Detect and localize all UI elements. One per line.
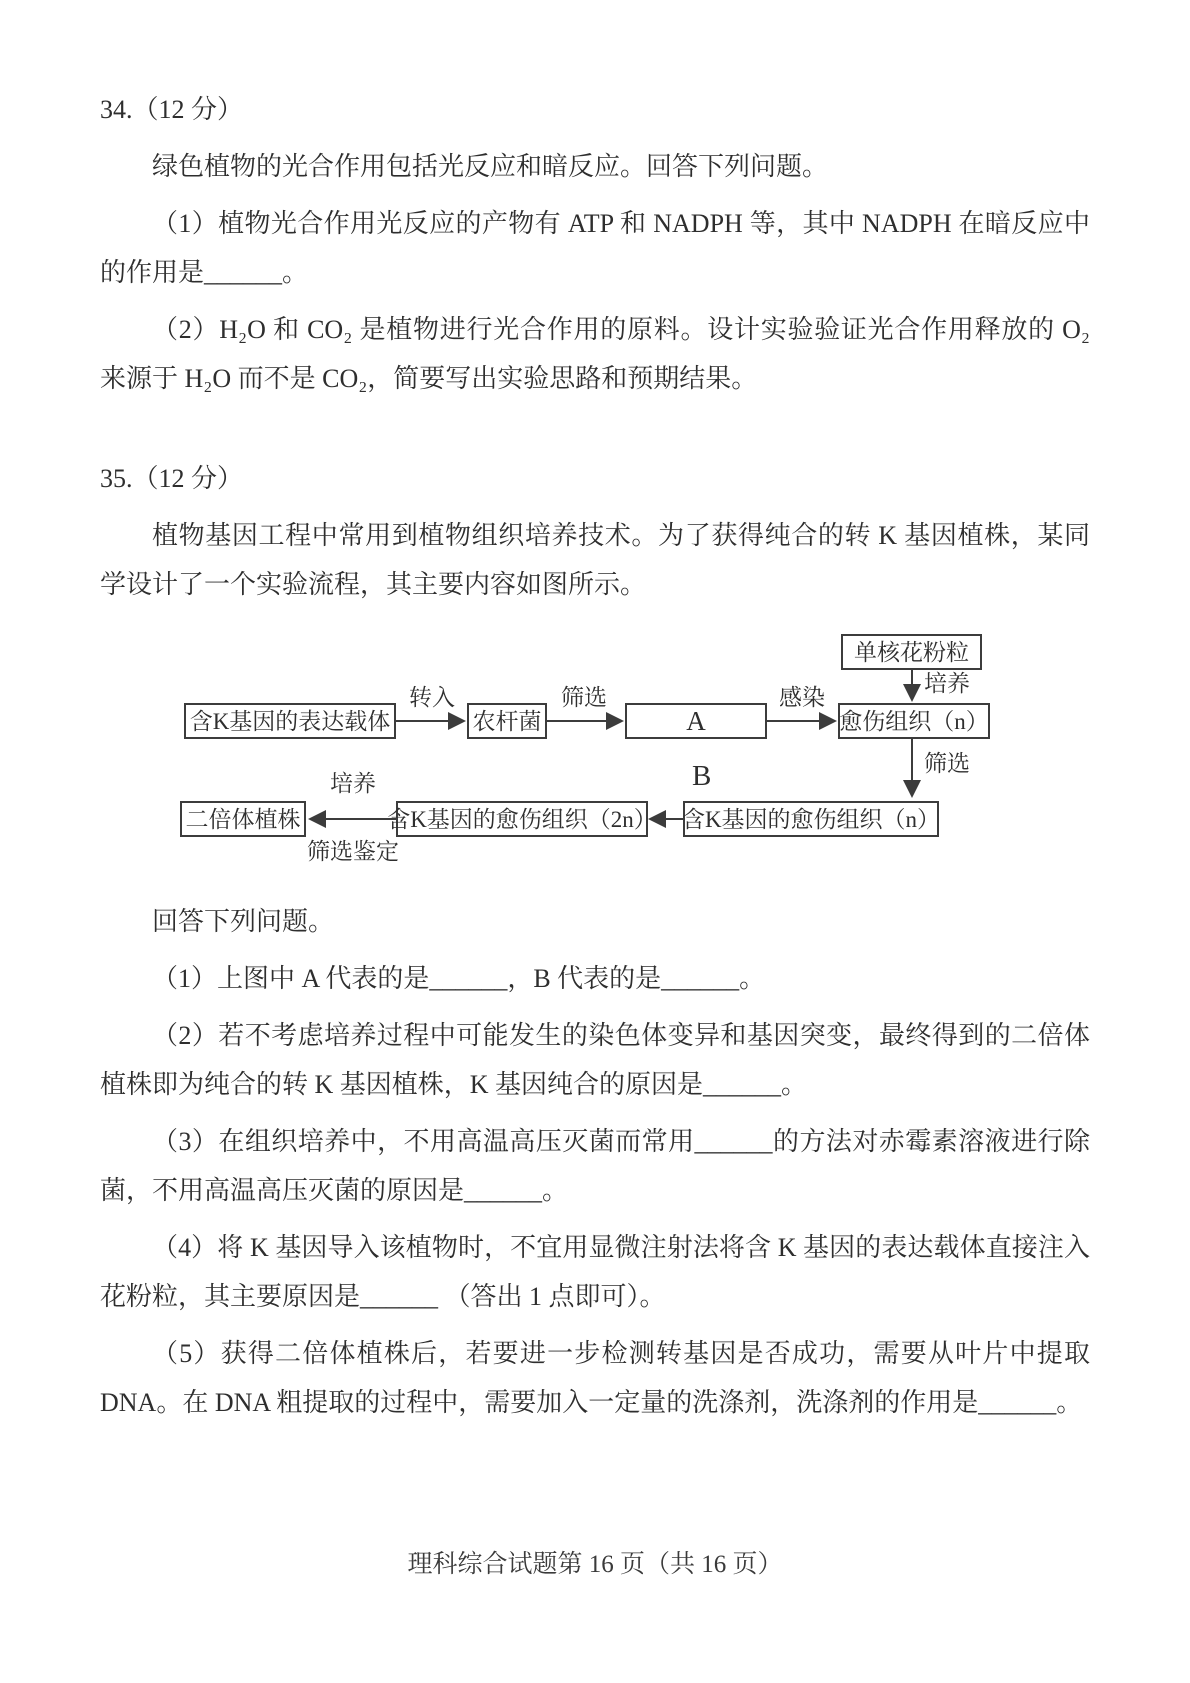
diagram-label-screen-2: 筛选 — [924, 751, 970, 777]
diagram-box-agrobacterium: 农杆菌 — [467, 703, 547, 739]
question-35-number: 35.（12 分） — [100, 457, 1090, 501]
diagram-label-infect: 感染 — [770, 685, 834, 711]
page-footer: 理科综合试题第 16 页（共 16 页） — [0, 1544, 1190, 1580]
question-34-item-1: （1）植物光合作用光反应的产物有 ATP 和 NADPH 等，其中 NADPH … — [100, 199, 1090, 297]
diagram-label-screen-1: 筛选 — [553, 685, 615, 711]
diagram-box-callus-k-n: 含K基因的愈伤组织（n） — [683, 801, 939, 837]
diagram-label-b: B — [692, 763, 711, 789]
diagram-box-diploid: 二倍体植株 — [180, 801, 306, 837]
question-35-item-5: （5）获得二倍体植株后，若要进一步检测转基因是否成功，需要从叶片中提取 DNA。… — [100, 1329, 1090, 1427]
diagram-box-callus-n: 愈伤组织（n） — [838, 703, 990, 739]
diagram-box-callus-k-2n: 含K基因的愈伤组织（2n） — [396, 801, 648, 837]
diagram-label-transfer: 转入 — [401, 685, 463, 711]
diagram-box-vector: 含K基因的表达载体 — [184, 703, 396, 739]
diagram-label-screen-identify: 筛选鉴定 — [298, 839, 408, 865]
question-34-number: 34.（12 分） — [100, 88, 1090, 132]
question-35-item-4: （4）将 K 基因导入该植物时，不宜用显微注射法将含 K 基因的表达载体直接注入… — [100, 1223, 1090, 1321]
question-35-item-3: （3）在组织培养中，不用高温高压灭菌而常用______的方法对赤霉素溶液进行除菌… — [100, 1117, 1090, 1215]
question-35-intro: 植物基因工程中常用到植物组织培养技术。为了获得纯合的转 K 基因植株，某同学设计… — [100, 511, 1090, 609]
experiment-flow-diagram: 单核花粉粒 含K基因的表达载体 农杆菌 A 愈伤组织（n） 二倍体植株 含K基因… — [100, 629, 1090, 881]
diagram-box-pollen: 单核花粉粒 — [841, 634, 982, 670]
question-35: 35.（12 分） 植物基因工程中常用到植物组织培养技术。为了获得纯合的转 K … — [100, 457, 1090, 1427]
question-35-item-1: （1）上图中 A 代表的是______，B 代表的是______。 — [100, 954, 1090, 1003]
exam-page: 34.（12 分） 绿色植物的光合作用包括光反应和暗反应。回答下列问题。 （1）… — [0, 0, 1190, 1683]
question-35-answer-prompt: 回答下列问题。 — [100, 897, 1090, 946]
question-34: 34.（12 分） 绿色植物的光合作用包括光反应和暗反应。回答下列问题。 （1）… — [100, 88, 1090, 403]
diagram-label-culture-1: 培养 — [924, 671, 970, 697]
question-35-item-2: （2）若不考虑培养过程中可能发生的染色体变异和基因突变，最终得到的二倍体植株即为… — [100, 1011, 1090, 1109]
question-34-intro: 绿色植物的光合作用包括光反应和暗反应。回答下列问题。 — [100, 142, 1090, 191]
diagram-label-culture-2: 培养 — [322, 771, 384, 797]
diagram-box-a: A — [625, 703, 767, 739]
question-34-item-2: （2）H₂O 和 CO₂ 是植物进行光合作用的原料。设计实验验证光合作用释放的 … — [100, 305, 1090, 403]
